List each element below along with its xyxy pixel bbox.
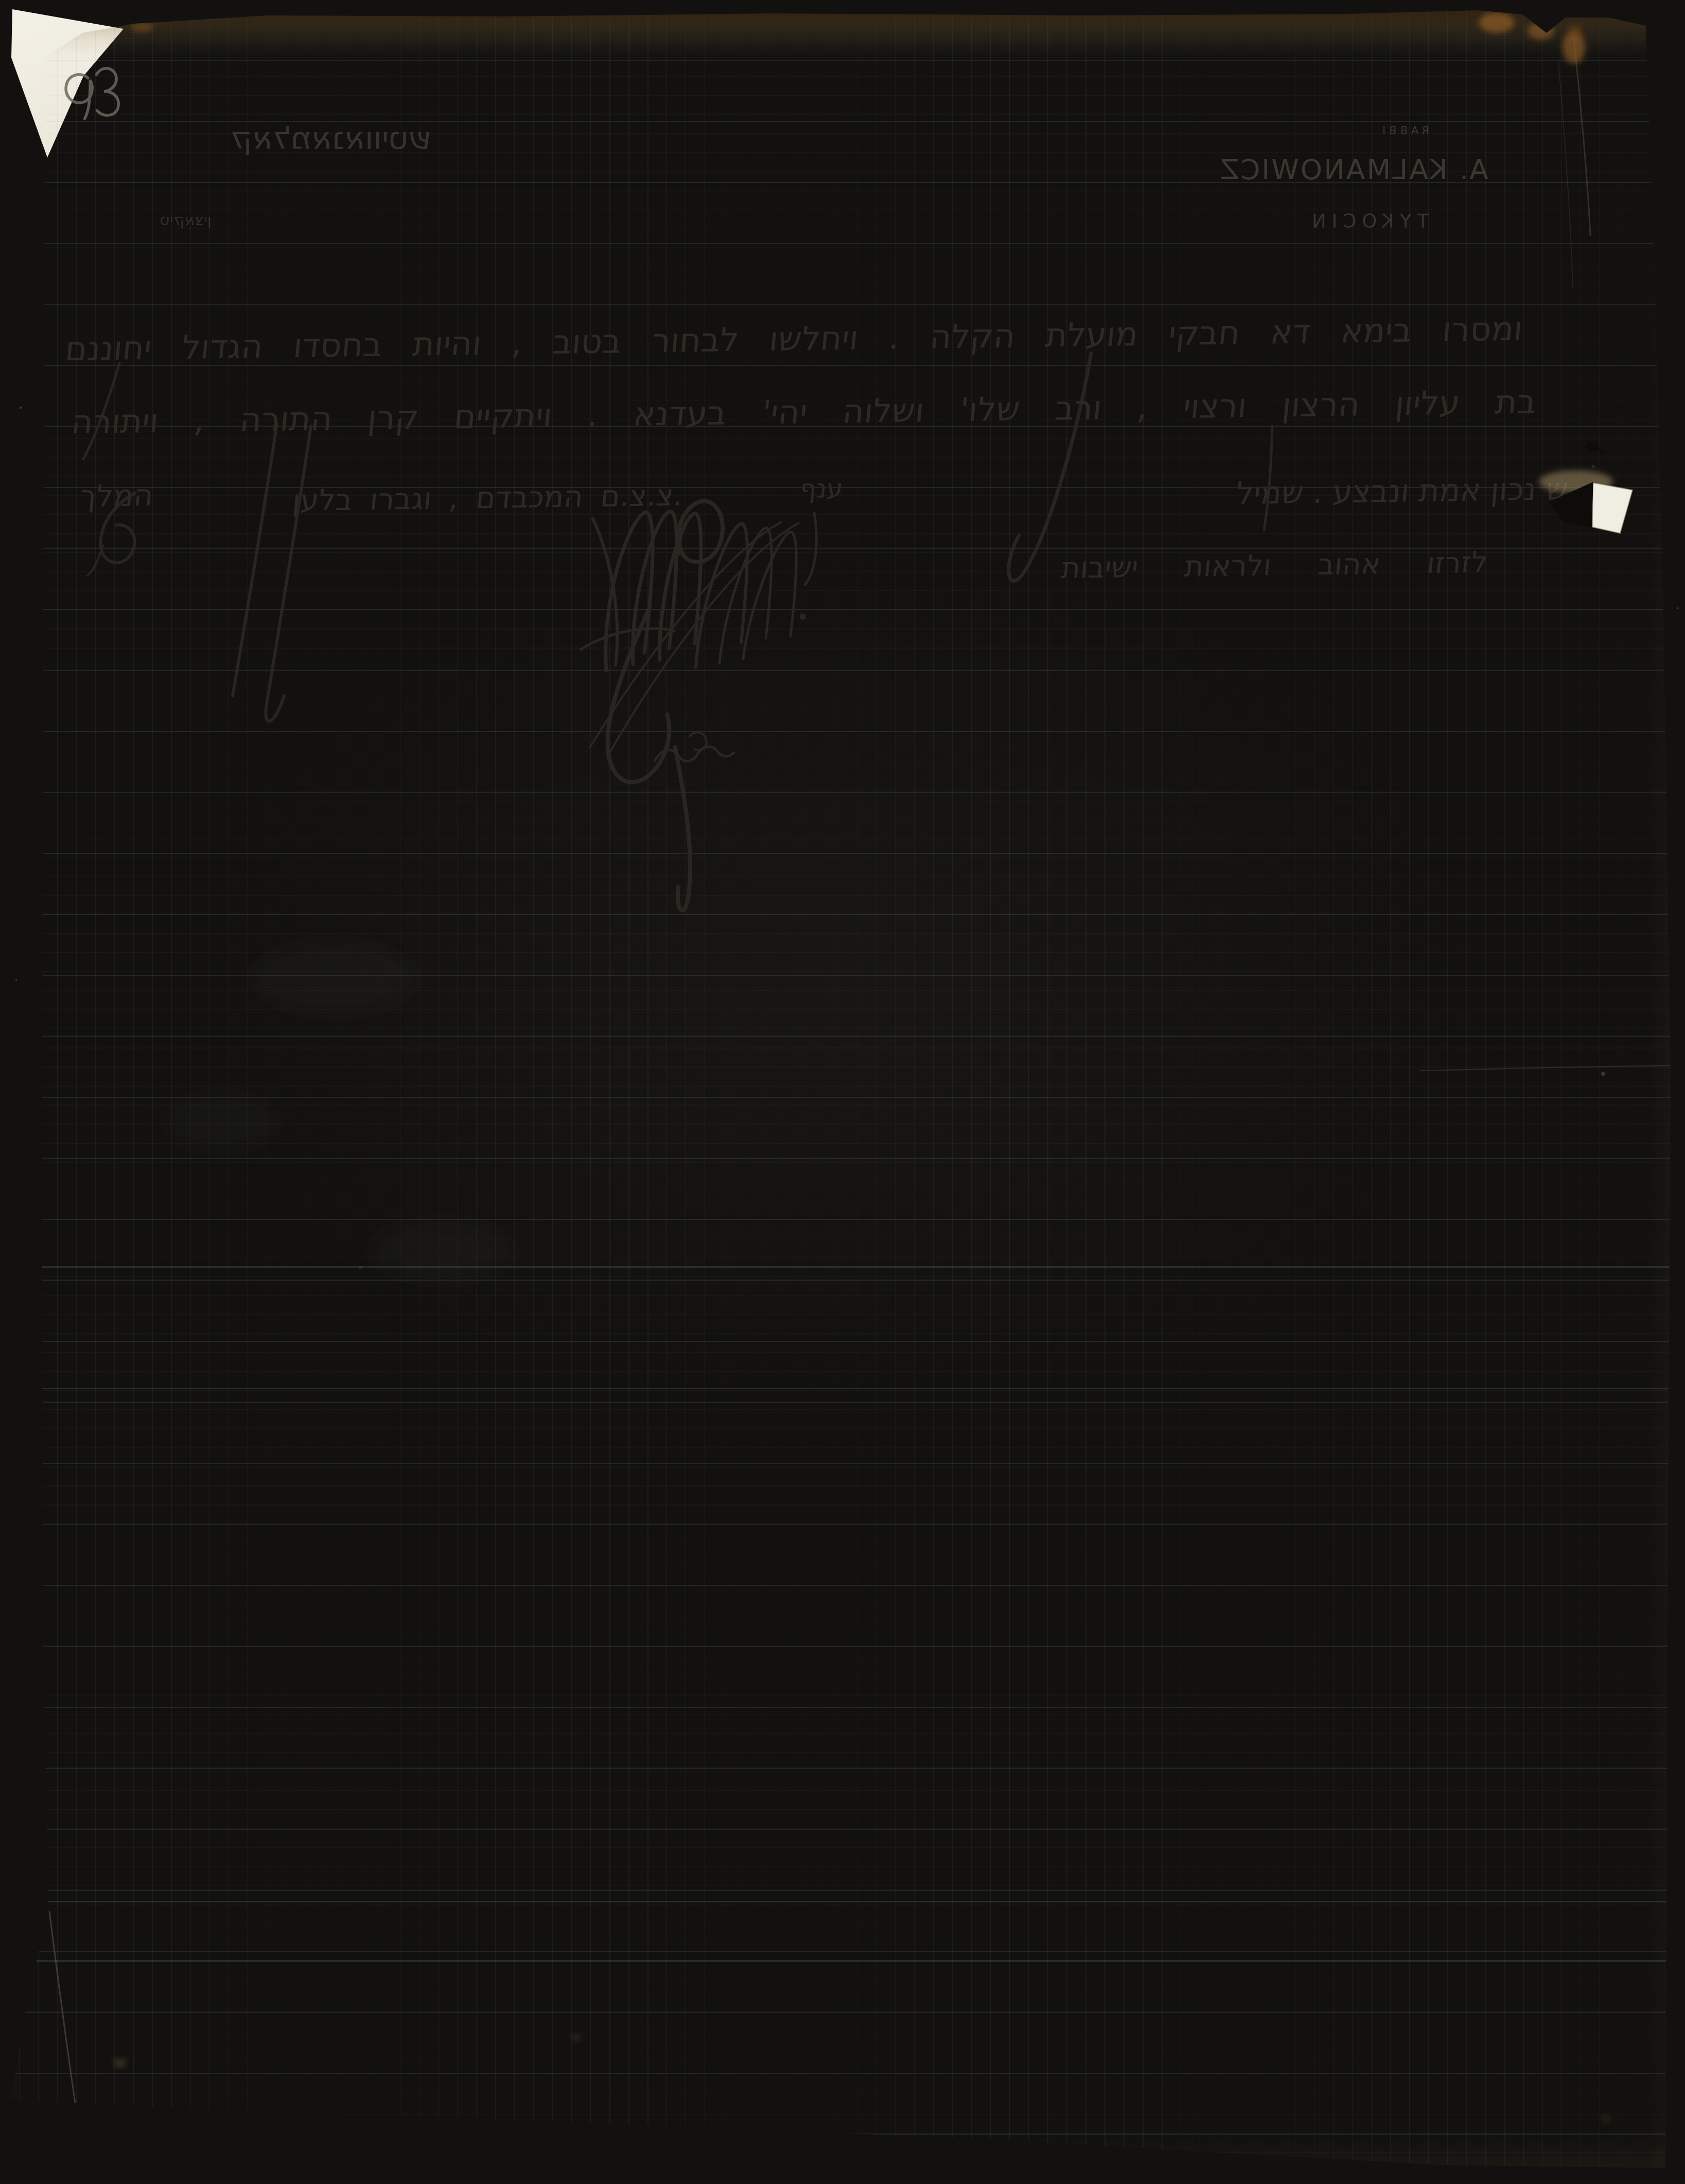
ruled-line (0, 1960, 1685, 1962)
bleedthrough-letterhead-town: TYKOCIN (1315, 210, 1429, 232)
ruled-line (0, 1388, 1685, 1389)
dust-speck (20, 407, 22, 409)
bleedthrough-letterhead-name: A. KALMANOWICZ (1221, 153, 1488, 186)
letter-sheet: RABBI A. KALMANOWICZ TYKOCIN קאלמאנאוויט… (0, 0, 1685, 2184)
handwritten-line-3-seg4: המלך (79, 480, 154, 512)
bleedthrough-letterhead-rabbi: RABBI (1373, 125, 1435, 137)
ruled-line (0, 1901, 1685, 1902)
handwritten-line-4: לזרזו אהוב ולראות ישיבות (1060, 548, 1489, 584)
handwritten-line-3-seg2: ענף (799, 475, 844, 503)
ruled-line (0, 1266, 1685, 1268)
handwritten-line-3-seg1: ש נכון אמת ונבצע . שמיל (1235, 473, 1570, 510)
scanned-letter-page: { "page_number": "93", "colors": { "scan… (0, 0, 1685, 2184)
handwritten-line-3-seg3: .צ.צ.ם המכבדם , וגברו בלען (291, 480, 684, 517)
dust-speck (1677, 607, 1678, 609)
dust-speck (15, 979, 17, 981)
bleedthrough-hebrew-town: טיקאצין (147, 211, 224, 229)
bleedthrough-hebrew-name: קאלמאנאוויטש (166, 120, 495, 156)
